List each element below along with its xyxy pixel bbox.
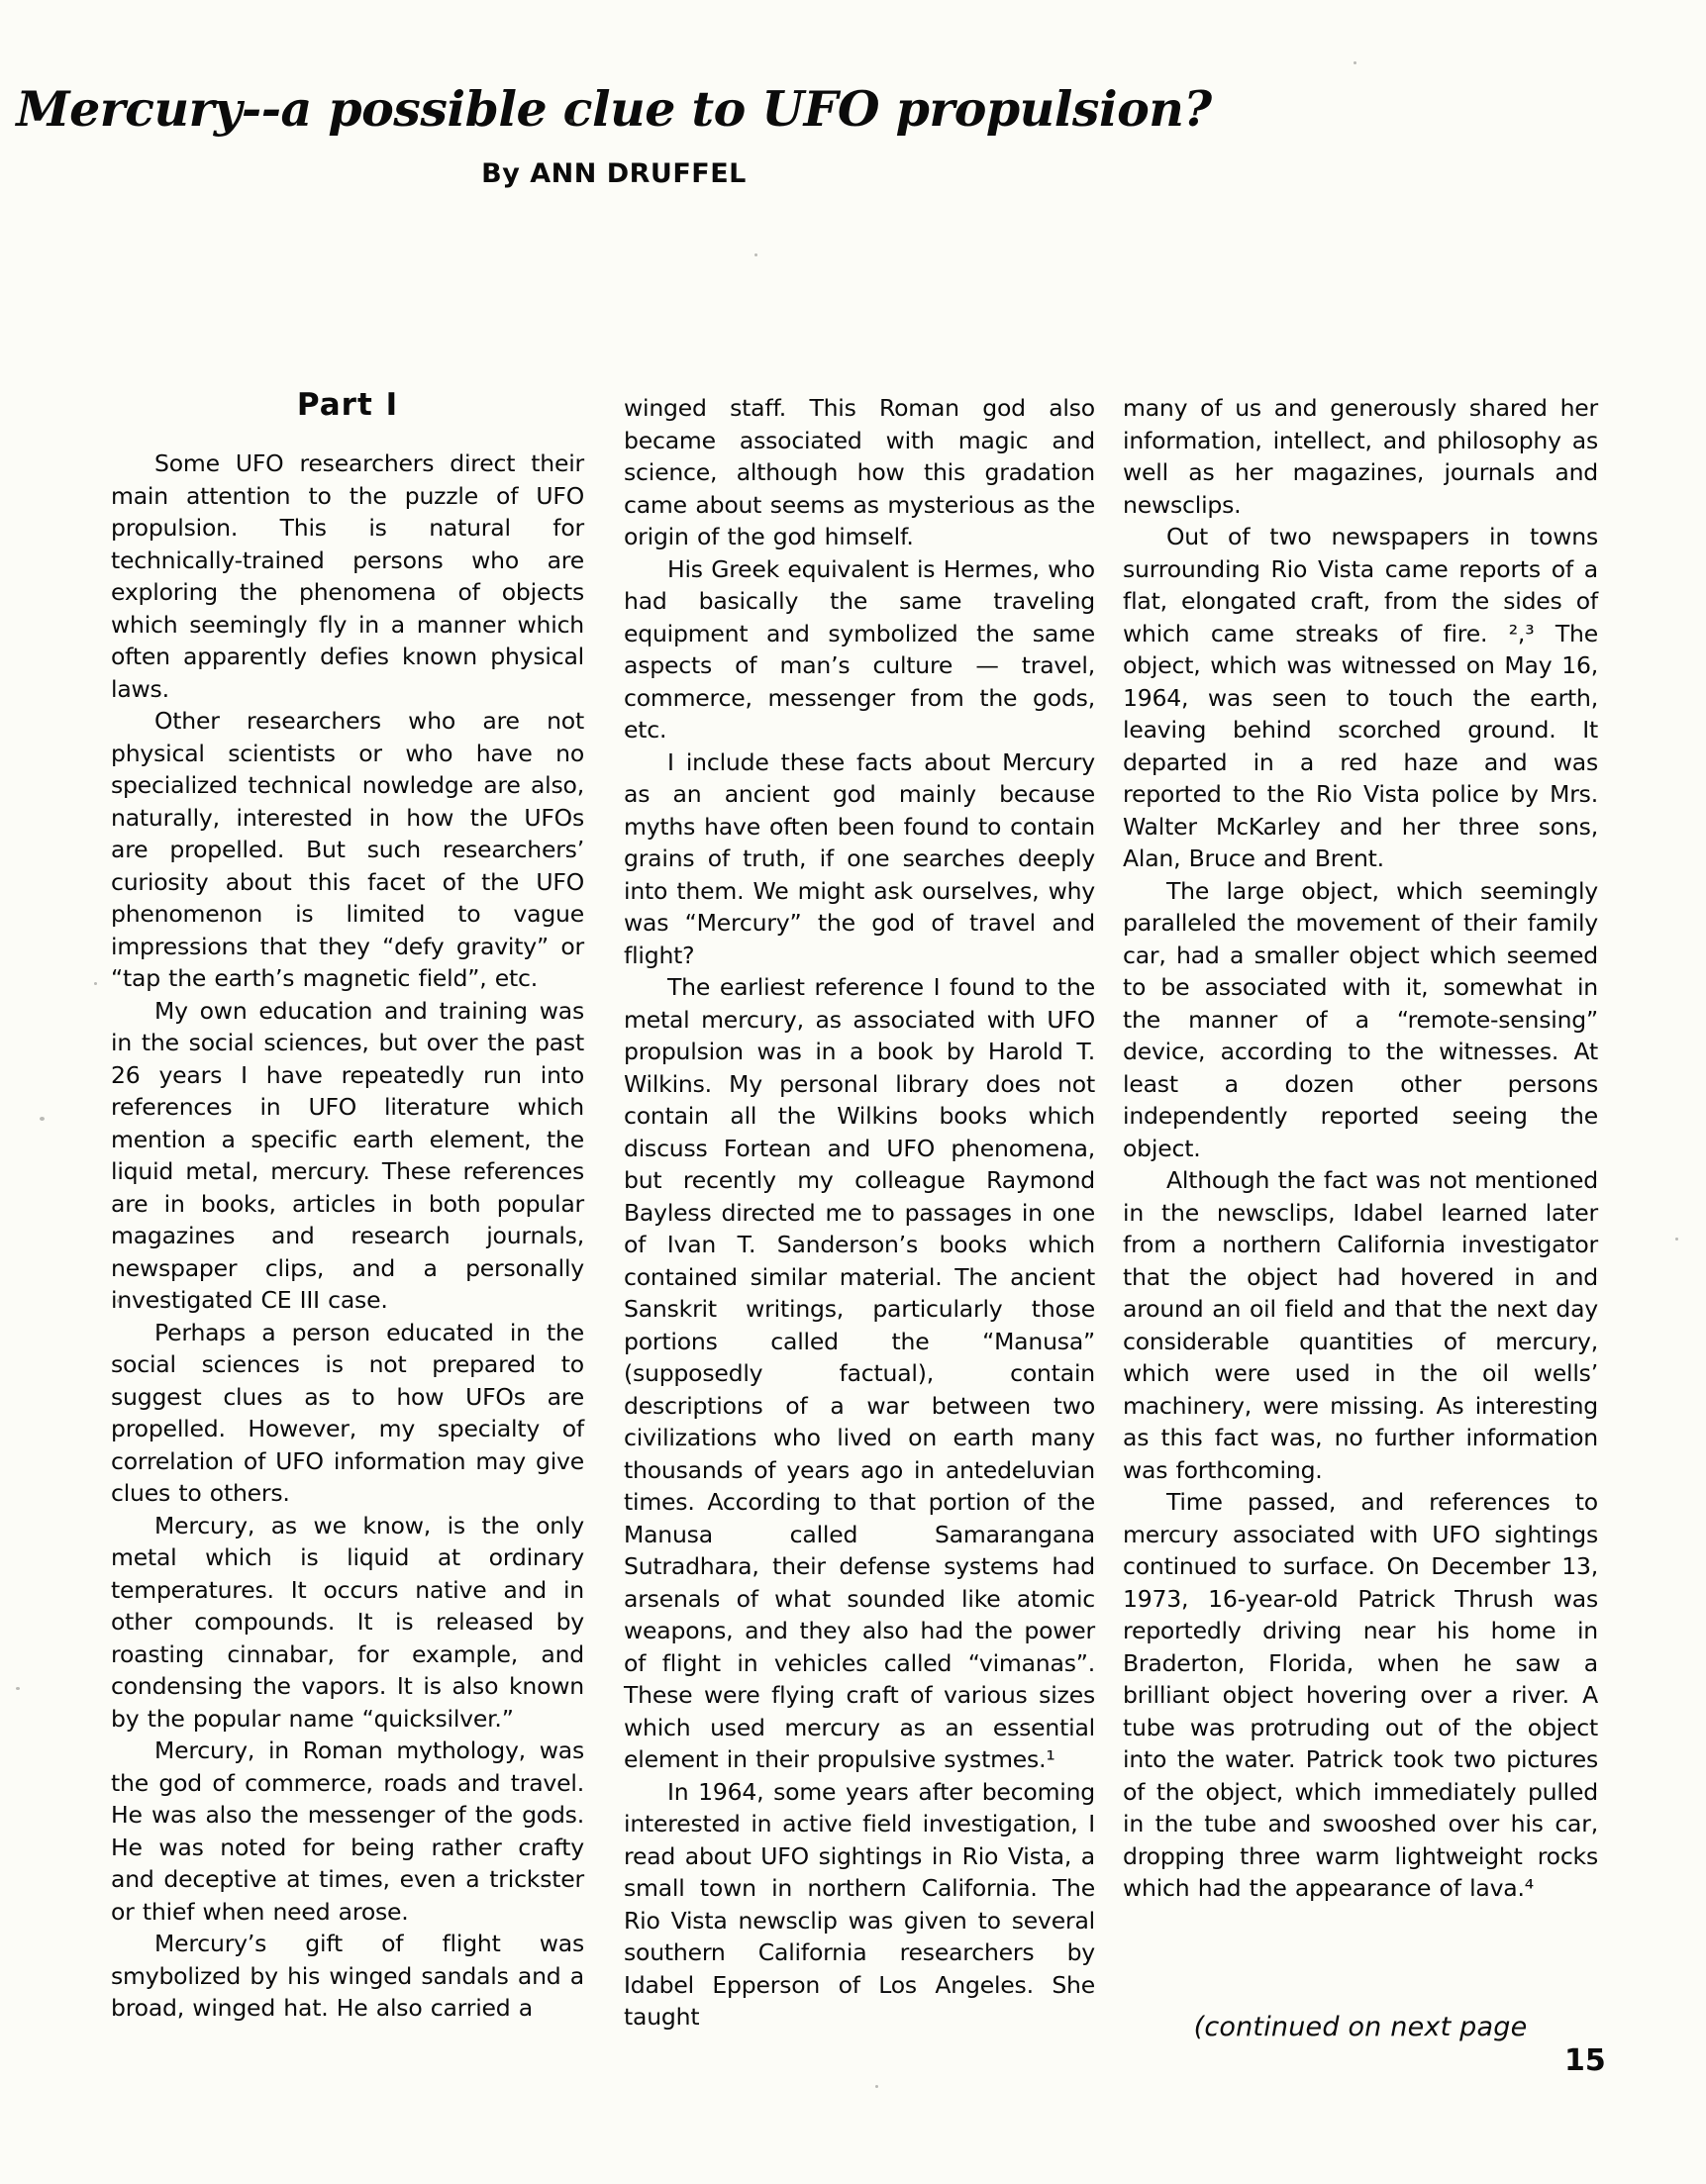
paragraph: Perhaps a person educated in the social … bbox=[111, 1317, 584, 1510]
page-number: 15 bbox=[1564, 2043, 1606, 2078]
scan-speckle bbox=[40, 1117, 45, 1121]
paragraph: In 1964, some years after becoming inter… bbox=[624, 1776, 1095, 2034]
scan-speckle bbox=[754, 253, 757, 256]
article-byline: By ANN DRUFFEL bbox=[0, 158, 1228, 189]
scan-speckle bbox=[1675, 1238, 1678, 1241]
continued-note: (continued on next page bbox=[1123, 2012, 1598, 2042]
paragraph: winged staff. This Roman god also became… bbox=[624, 392, 1095, 553]
paragraph: Some UFO researchers direct their main a… bbox=[111, 447, 584, 705]
paragraph: The large object, which seemingly parall… bbox=[1123, 875, 1598, 1165]
paragraph: Mercury’s gift of flight was smybolized … bbox=[111, 1928, 584, 2025]
paragraph: The earliest reference I found to the me… bbox=[624, 971, 1095, 1776]
scan-speckle bbox=[436, 1461, 440, 1464]
scan-speckle bbox=[1354, 61, 1356, 64]
paragraph: His Greek equivalent is Hermes, who had … bbox=[624, 553, 1095, 746]
paragraph: My own education and training was in the… bbox=[111, 995, 584, 1317]
part-heading: Part I bbox=[111, 384, 584, 422]
scan-speckle bbox=[16, 1687, 20, 1690]
scan-speckle bbox=[94, 982, 97, 985]
magazine-page: Mercury--a possible clue to UFO propulsi… bbox=[0, 0, 1706, 2184]
paragraph: Out of two newspapers in towns surroundi… bbox=[1123, 521, 1598, 875]
article-title: Mercury--a possible clue to UFO propulsi… bbox=[0, 81, 1228, 137]
column-3: many of us and generously shared her inf… bbox=[1123, 392, 1598, 1905]
paragraph: Time passed, and references to mercury a… bbox=[1123, 1486, 1598, 1905]
paragraph: Mercury, in Roman mythology, was the god… bbox=[111, 1735, 584, 1928]
paragraph: I include these facts about Mercury as a… bbox=[624, 746, 1095, 972]
paragraph: Other researchers who are not physical s… bbox=[111, 705, 584, 995]
scan-speckle bbox=[875, 2085, 878, 2088]
scan-speckle bbox=[117, 1299, 121, 1303]
paragraph: Mercury, as we know, is the only metal w… bbox=[111, 1510, 584, 1736]
column-1: Part I Some UFO researchers direct their… bbox=[111, 384, 584, 2025]
article-header: Mercury--a possible clue to UFO propulsi… bbox=[0, 81, 1228, 189]
column-2: winged staff. This Roman god also became… bbox=[624, 392, 1095, 2034]
paragraph: many of us and generously shared her inf… bbox=[1123, 392, 1598, 521]
scan-speckle bbox=[569, 119, 573, 123]
paragraph: Although the fact was not mentioned in t… bbox=[1123, 1164, 1598, 1486]
